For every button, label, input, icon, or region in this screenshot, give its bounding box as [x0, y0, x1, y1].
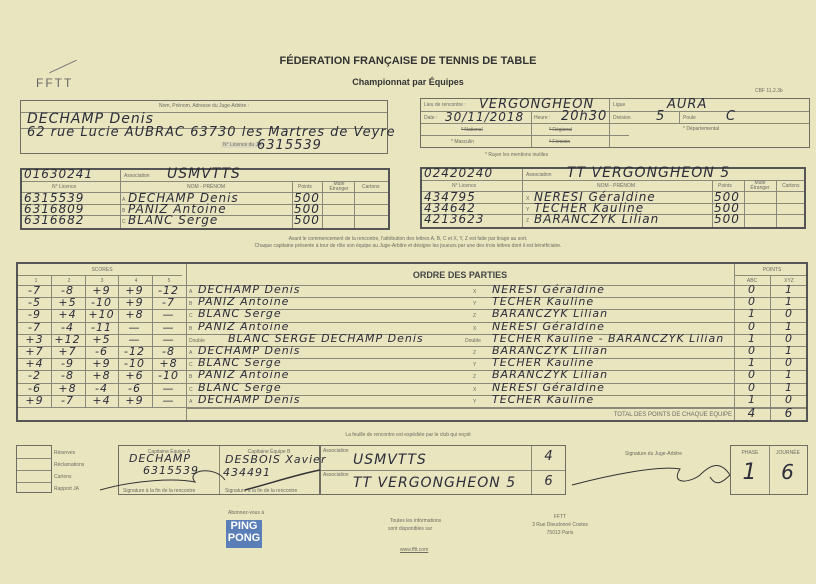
ligue-label: Ligue: [613, 102, 625, 108]
journee-value[interactable]: 6: [769, 460, 807, 484]
org-address-2: 75013 Paris: [510, 530, 610, 536]
team-a-association-label: Association: [124, 173, 150, 179]
player-name[interactable]: BARANCZYK Lilian: [534, 212, 659, 226]
left-player[interactable]: DECHAMP Denis: [198, 393, 301, 406]
result-team-a[interactable]: USMVTTS: [353, 452, 427, 468]
result-assoc-a-label: Association: [323, 448, 349, 454]
right-player[interactable]: TECHER Kauline: [492, 295, 594, 308]
points-xyz[interactable]: 0: [770, 393, 808, 406]
set-score[interactable]: —: [118, 333, 151, 346]
set-score[interactable]: +9: [18, 394, 51, 407]
left-letter: A: [189, 350, 192, 356]
set-score[interactable]: +5: [85, 333, 118, 346]
result-team-b[interactable]: TT VERGONGHEON 5: [353, 475, 516, 491]
set-score[interactable]: +10: [85, 308, 118, 321]
set-score[interactable]: +12: [51, 333, 84, 346]
set-score[interactable]: +4: [85, 394, 118, 407]
col-mute: Mute Étranger: [327, 182, 351, 192]
page-title: FÉDERATION FRANÇAISE DE TENNIS DE TABLE: [0, 55, 816, 67]
left-player[interactable]: DECHAMP Denis: [198, 344, 301, 357]
departemental-option[interactable]: * Départemental: [683, 126, 719, 132]
team-b-box: 02420240 Association TT VERGONGHEON 5 N°…: [420, 167, 806, 229]
col-cartons: Cartons: [362, 184, 380, 190]
points-abc[interactable]: 0: [734, 368, 770, 381]
website-link[interactable]: www.fftt.com: [400, 547, 428, 553]
right-player[interactable]: NERESI Géraldine: [492, 283, 605, 296]
left-letter: B: [189, 374, 192, 380]
points-abc[interactable]: 1: [734, 356, 770, 369]
scores-header: SCORES: [18, 267, 186, 273]
player-name[interactable]: BLANC Serge: [128, 213, 218, 227]
points-abc[interactable]: 0: [734, 295, 770, 308]
judge-address[interactable]: 62 rue Lucie AUBRAC 63730 les Martres de…: [27, 125, 396, 140]
set-score[interactable]: +8: [85, 369, 118, 382]
time-value[interactable]: 20h30: [561, 109, 607, 124]
set-score[interactable]: +5: [51, 296, 84, 309]
set-score[interactable]: —: [152, 382, 185, 395]
points-header: POINTS: [734, 267, 810, 273]
right-letter: Z: [473, 374, 476, 380]
form-code: CBF 11.2.3b: [755, 88, 783, 94]
player-letter: Z: [526, 218, 529, 224]
col-name: NOM - PRÉNOM: [597, 183, 635, 189]
player-letter: Y: [526, 207, 529, 213]
set-score[interactable]: -8: [51, 284, 84, 297]
points-abc[interactable]: 0: [734, 320, 770, 333]
left-letter: C: [189, 313, 193, 319]
set-score[interactable]: -12: [152, 284, 185, 297]
col-license: N° Licence: [452, 183, 476, 189]
player-letter: X: [526, 196, 529, 202]
right-letter: X: [473, 289, 476, 295]
set-score[interactable]: -7: [152, 296, 185, 309]
points-abc[interactable]: 0: [734, 381, 770, 394]
right-player[interactable]: BARANCZYK Lilian: [492, 307, 608, 320]
set-score[interactable]: -7: [18, 321, 51, 334]
set-score[interactable]: +9: [85, 284, 118, 297]
right-player[interactable]: TECHER Kauline - BARANCZYK Lilian: [492, 332, 724, 345]
player-points[interactable]: 500: [714, 212, 740, 226]
poule-value[interactable]: C: [726, 109, 736, 124]
set-score[interactable]: -4: [51, 321, 84, 334]
sheet-note: La feuille de rencontre est expédiée par…: [0, 432, 816, 438]
phase-label: PHASE: [731, 450, 769, 456]
set-score[interactable]: —: [152, 333, 185, 346]
set-score[interactable]: -8: [152, 345, 185, 358]
points-xyz[interactable]: 1: [770, 295, 808, 308]
set-score[interactable]: +9: [118, 284, 151, 297]
set-score[interactable]: —: [152, 321, 185, 334]
player-license[interactable]: 6316682: [24, 213, 84, 227]
info-line-2: sont disponibles sur: [388, 526, 432, 532]
masculin-option[interactable]: * Masculin: [451, 139, 474, 145]
set-score[interactable]: -7: [18, 284, 51, 297]
right-letter: Z: [473, 313, 476, 319]
set-score[interactable]: —: [152, 394, 185, 407]
set-score[interactable]: -9: [18, 308, 51, 321]
set-score[interactable]: +7: [18, 345, 51, 358]
team-b-club-number[interactable]: 02420240: [424, 166, 493, 180]
points-abc[interactable]: 1: [734, 307, 770, 320]
parties-title: ORDRE DES PARTIES: [186, 270, 734, 280]
right-player[interactable]: TECHER Kauline: [492, 393, 594, 406]
left-letter: A: [189, 289, 192, 295]
left-player[interactable]: BLANC Serge: [198, 307, 282, 320]
player-letter: A: [122, 197, 125, 203]
col-license: N° Licence: [52, 184, 76, 190]
notice-line-1: Avant le commencement de la rencontre, l…: [0, 236, 816, 242]
set-score[interactable]: -6: [85, 345, 118, 358]
venue-label: Lieu de rencontre :: [424, 102, 466, 108]
org-name: FFTT: [530, 514, 590, 520]
set-score[interactable]: —: [118, 321, 151, 334]
set-score[interactable]: —: [152, 308, 185, 321]
set-score[interactable]: -10: [118, 357, 151, 370]
team-a-box: 01630241 Association USMVTTS N° Licence …: [20, 168, 390, 230]
points-xyz[interactable]: 1: [770, 344, 808, 357]
left-player[interactable]: PANIZ Antoine: [198, 295, 289, 308]
right-letter: Double: [465, 338, 481, 344]
reclamations-label[interactable]: Réclamations: [54, 462, 84, 468]
total-label: TOTAL DES POINTS DE CHAQUE EQUIPE: [538, 412, 732, 418]
left-letter: B: [189, 326, 192, 332]
judge-box: Nom, Prénom, Adresse du Juge-Arbitre : D…: [20, 100, 388, 154]
team-a-club-number[interactable]: 01630241: [24, 167, 93, 181]
player-points[interactable]: 500: [294, 213, 320, 227]
col-name: NOM - PRÉNOM: [187, 184, 225, 190]
right-letter: X: [473, 326, 476, 332]
player-letter: B: [122, 208, 125, 214]
set-score[interactable]: -10: [152, 369, 185, 382]
cartons-label[interactable]: Cartons: [54, 474, 72, 480]
set-score[interactable]: +9: [85, 357, 118, 370]
left-letter: Double: [189, 338, 205, 344]
info-line-1: Toutes les informations: [390, 518, 441, 524]
points-xyz[interactable]: 0: [770, 307, 808, 320]
judge-signature-icon: [570, 455, 740, 495]
poule-label: Poule: [683, 115, 696, 121]
left-player[interactable]: BLANC SERGE DECHAMP Denis: [228, 332, 424, 345]
remarks-checkboxes: [16, 445, 52, 493]
left-letter: C: [189, 362, 193, 368]
regional-option[interactable]: * Régional: [549, 127, 572, 133]
phase-value[interactable]: 1: [731, 460, 769, 485]
set-score[interactable]: -5: [18, 296, 51, 309]
set-score[interactable]: +9: [118, 296, 151, 309]
match-info-box: Lieu de rencontre : VERGONGHEON Date : 3…: [420, 98, 810, 148]
points-xyz[interactable]: 0: [770, 356, 808, 369]
set-score[interactable]: -7: [51, 394, 84, 407]
ping-pong-magazine-logo[interactable]: PING PONG: [226, 520, 262, 548]
player-letter: C: [122, 219, 126, 225]
result-score-a[interactable]: 4: [531, 449, 567, 464]
set-score[interactable]: +9: [118, 394, 151, 407]
left-letter: A: [189, 399, 192, 405]
set-score[interactable]: -12: [118, 345, 151, 358]
right-letter: Z: [473, 350, 476, 356]
left-player[interactable]: PANIZ Antoine: [198, 320, 289, 333]
result-box: Association USMVTTS 4 Association TT VER…: [320, 445, 566, 495]
set-score[interactable]: +7: [51, 345, 84, 358]
points-xyz[interactable]: 1: [770, 368, 808, 381]
set-score[interactable]: +8: [152, 357, 185, 370]
left-player[interactable]: PANIZ Antoine: [198, 368, 289, 381]
right-player[interactable]: TECHER Kauline: [492, 356, 594, 369]
parties-table: SCORES ORDRE DES PARTIES POINTS 1 2 3 4 …: [16, 262, 808, 422]
set-score[interactable]: +3: [18, 333, 51, 346]
right-player[interactable]: BARANCZYK Lilian: [492, 344, 608, 357]
right-letter: Y: [473, 301, 476, 307]
time-label: Heure :: [534, 115, 550, 121]
result-assoc-b-label: Association: [323, 472, 349, 478]
journee-label: JOURNÉE: [769, 450, 807, 456]
set-score[interactable]: -10: [85, 296, 118, 309]
phase-journee-box: PHASE 1 JOURNÉE 6: [730, 445, 808, 495]
right-player[interactable]: BARANCZYK Lilian: [492, 368, 608, 381]
set-score[interactable]: -8: [51, 369, 84, 382]
player-license[interactable]: 4213623: [424, 212, 484, 226]
right-player[interactable]: NERESI Géraldine: [492, 381, 605, 394]
ligue-value[interactable]: AURA: [667, 97, 707, 112]
set-score[interactable]: +8: [118, 308, 151, 321]
left-player[interactable]: DECHAMP Denis: [198, 283, 301, 296]
org-address-1: 3 Rue Dieudonné Costes: [510, 522, 610, 528]
judge-license[interactable]: 6315539: [257, 138, 322, 153]
right-letter: Y: [473, 399, 476, 405]
division-label: Division: [613, 115, 631, 121]
col-mute: Mute Étranger: [748, 181, 772, 191]
reserves-label[interactable]: Réserves: [54, 450, 75, 456]
team-b-association-label: Association: [526, 172, 552, 178]
judge-label: Nom, Prénom, Adresse du Juge-Arbitre :: [21, 103, 387, 109]
set-score[interactable]: -11: [85, 321, 118, 334]
result-score-b[interactable]: 6: [531, 474, 567, 489]
points-abc[interactable]: 1: [734, 332, 770, 345]
right-letter: Y: [473, 362, 476, 368]
right-letter: X: [473, 387, 476, 393]
magazine-line-1: PING: [226, 520, 262, 532]
set-score[interactable]: +6: [118, 369, 151, 382]
set-score[interactable]: -6: [118, 382, 151, 395]
set-score[interactable]: -9: [51, 357, 84, 370]
set-score[interactable]: +8: [51, 382, 84, 395]
col-points: Points: [718, 183, 732, 189]
points-xyz[interactable]: 1: [770, 283, 808, 296]
set-score[interactable]: -4: [85, 382, 118, 395]
points-abc[interactable]: 1: [734, 393, 770, 406]
page-subtitle: Championnat par Équipes: [0, 77, 816, 87]
rapport-ja-label[interactable]: Rapport JA: [54, 486, 79, 492]
team-a-association[interactable]: USMVTTS: [167, 166, 241, 182]
subscribe-text: Abonnez-vous à: [228, 510, 264, 516]
date-value[interactable]: 30/11/2018: [445, 110, 524, 124]
national-option[interactable]: * National: [461, 127, 483, 133]
points-abc[interactable]: 0: [734, 344, 770, 357]
points-xyz[interactable]: 1: [770, 320, 808, 333]
feminin-option[interactable]: * Féminin: [549, 139, 570, 145]
set-score[interactable]: -6: [18, 382, 51, 395]
magazine-line-2: PONG: [226, 532, 262, 544]
total-xyz[interactable]: 6: [770, 406, 808, 420]
set-score[interactable]: +4: [18, 357, 51, 370]
captain-signatures-icon: [95, 460, 325, 500]
team-b-association[interactable]: TT VERGONGHEON 5: [567, 165, 730, 181]
points-abc[interactable]: 0: [734, 283, 770, 296]
left-player[interactable]: BLANC Serge: [198, 381, 282, 394]
right-player[interactable]: NERESI Géraldine: [492, 320, 605, 333]
division-value[interactable]: 5: [656, 109, 665, 124]
left-player[interactable]: BLANC Serge: [198, 356, 282, 369]
set-score[interactable]: -2: [18, 369, 51, 382]
strike-note: * Rayer les mentions inutiles: [485, 152, 548, 158]
set-score[interactable]: +4: [51, 308, 84, 321]
points-xyz[interactable]: 0: [770, 332, 808, 345]
notice-line-2: Chaque capitaine présente à tour de rôle…: [0, 243, 816, 249]
date-label: Date :: [424, 115, 437, 121]
points-xyz[interactable]: 1: [770, 381, 808, 394]
left-letter: B: [189, 301, 192, 307]
left-letter: C: [189, 387, 193, 393]
col-points: Points: [298, 184, 312, 190]
col-cartons: Cartons: [782, 183, 800, 189]
total-abc[interactable]: 4: [734, 406, 770, 420]
